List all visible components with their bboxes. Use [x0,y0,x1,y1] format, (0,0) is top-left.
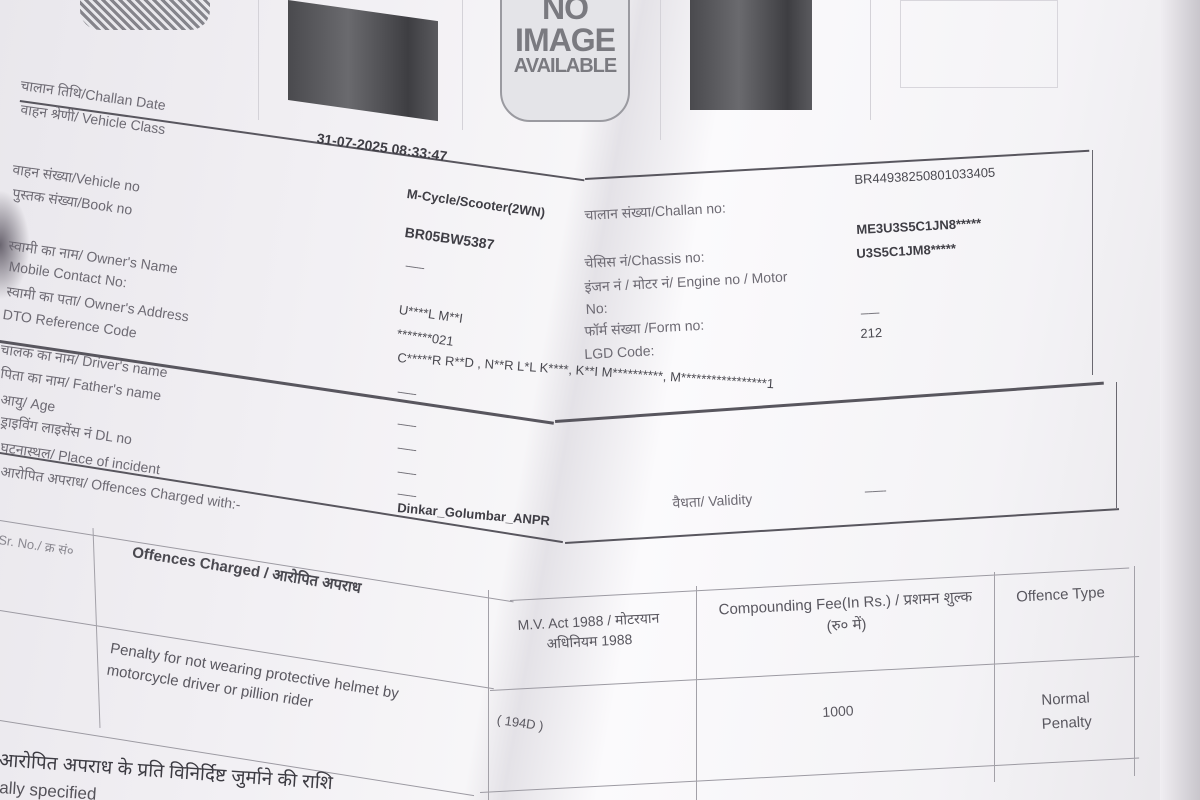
table-divider [696,586,697,800]
label-chassis-no: चेसिस नं/Chassis no: [584,248,705,273]
no-image-line-2: IMAGE [502,24,628,56]
image-divider [462,0,463,130]
no-image-placeholder: NO IMAGE AVAILABLE [500,0,630,122]
qr-code [80,0,210,30]
value-book-no: ------- [404,260,424,274]
value-dto-reference: ------- [396,386,416,400]
label-lgd-code: LGD Code: [584,342,655,362]
box-border [1092,150,1093,375]
value-challan-no: BR44938250801033405 [854,165,996,187]
challan-paper: NO IMAGE AVAILABLE चालान तिथि/Challan Da… [0,0,1200,800]
label-challan-no: चालान संख्या/Challan no: [584,199,726,225]
blank-photo-frame [900,0,1058,88]
header-sr-no: Sr. No./ क्र सं० [0,530,89,564]
box-border [565,508,1119,544]
value-place-of-incident: Dinkar_Golumbar_ANPR [397,500,551,528]
table-border [490,656,1139,691]
cell-section: ( 194D ) [496,712,545,733]
value-validity: -------- [864,485,886,498]
box-border [585,150,1089,180]
paper-edge [1160,0,1200,800]
label-form-no: फॉर्म संख्या /Form no: [584,316,705,341]
header-compounding-fee: Compounding Fee(In Rs.) / प्रशमन शुल्क (… [710,586,982,644]
box-border [1116,382,1117,508]
header-mv-act: M.V. Act 1988 / मोटरयान अधिनियम 1988 [498,607,680,656]
no-image-line-1: NO [502,0,628,24]
no-image-line-3: AVAILABLE [502,56,628,76]
value-contact-no: *******021 [396,326,455,349]
driver-photo [690,0,812,110]
value-form-no: ------- [860,307,879,320]
label-validity: वैधता/ Validity [672,490,753,513]
header-offence-type: Offence Type [1010,581,1111,610]
header-offences-charged: Offences Charged / आरोपित अपराध [131,542,363,598]
cell-offence-type: Normal Penalty [1020,685,1112,738]
label-engine-no: इंजन नं / मोटर नं/ Engine no / Motor No: [584,264,806,319]
value-age: ------- [396,466,416,480]
image-divider [660,0,661,140]
vehicle-photo [288,0,438,121]
value-chassis-no: ME3U3S5C1JN8***** [856,215,982,237]
box-border [555,382,1104,423]
value-owner-name: U****L M**I [398,302,464,326]
cell-fee: 1000 [822,702,854,720]
table-divider [488,590,489,800]
table-divider [1134,566,1135,776]
finger-shadow [0,190,30,300]
image-divider [258,0,259,120]
table-border [480,757,1139,793]
value-challan-date: 31-07-2025 08:33:47 [316,130,448,164]
value-father-name: ------- [396,442,416,456]
value-engine-no: U3S5C1JM8***** [856,241,956,261]
image-divider [870,0,871,120]
value-driver-name: ------- [396,418,416,432]
value-lgd-code: 212 [860,325,882,341]
value-vehicle-class: M-Cycle/Scooter(2WN) [406,186,546,220]
value-vehicle-no: BR05BW5387 [404,224,496,252]
table-divider [994,572,995,782]
table-divider [93,528,101,728]
footer-english-text: ally specified [0,778,97,800]
